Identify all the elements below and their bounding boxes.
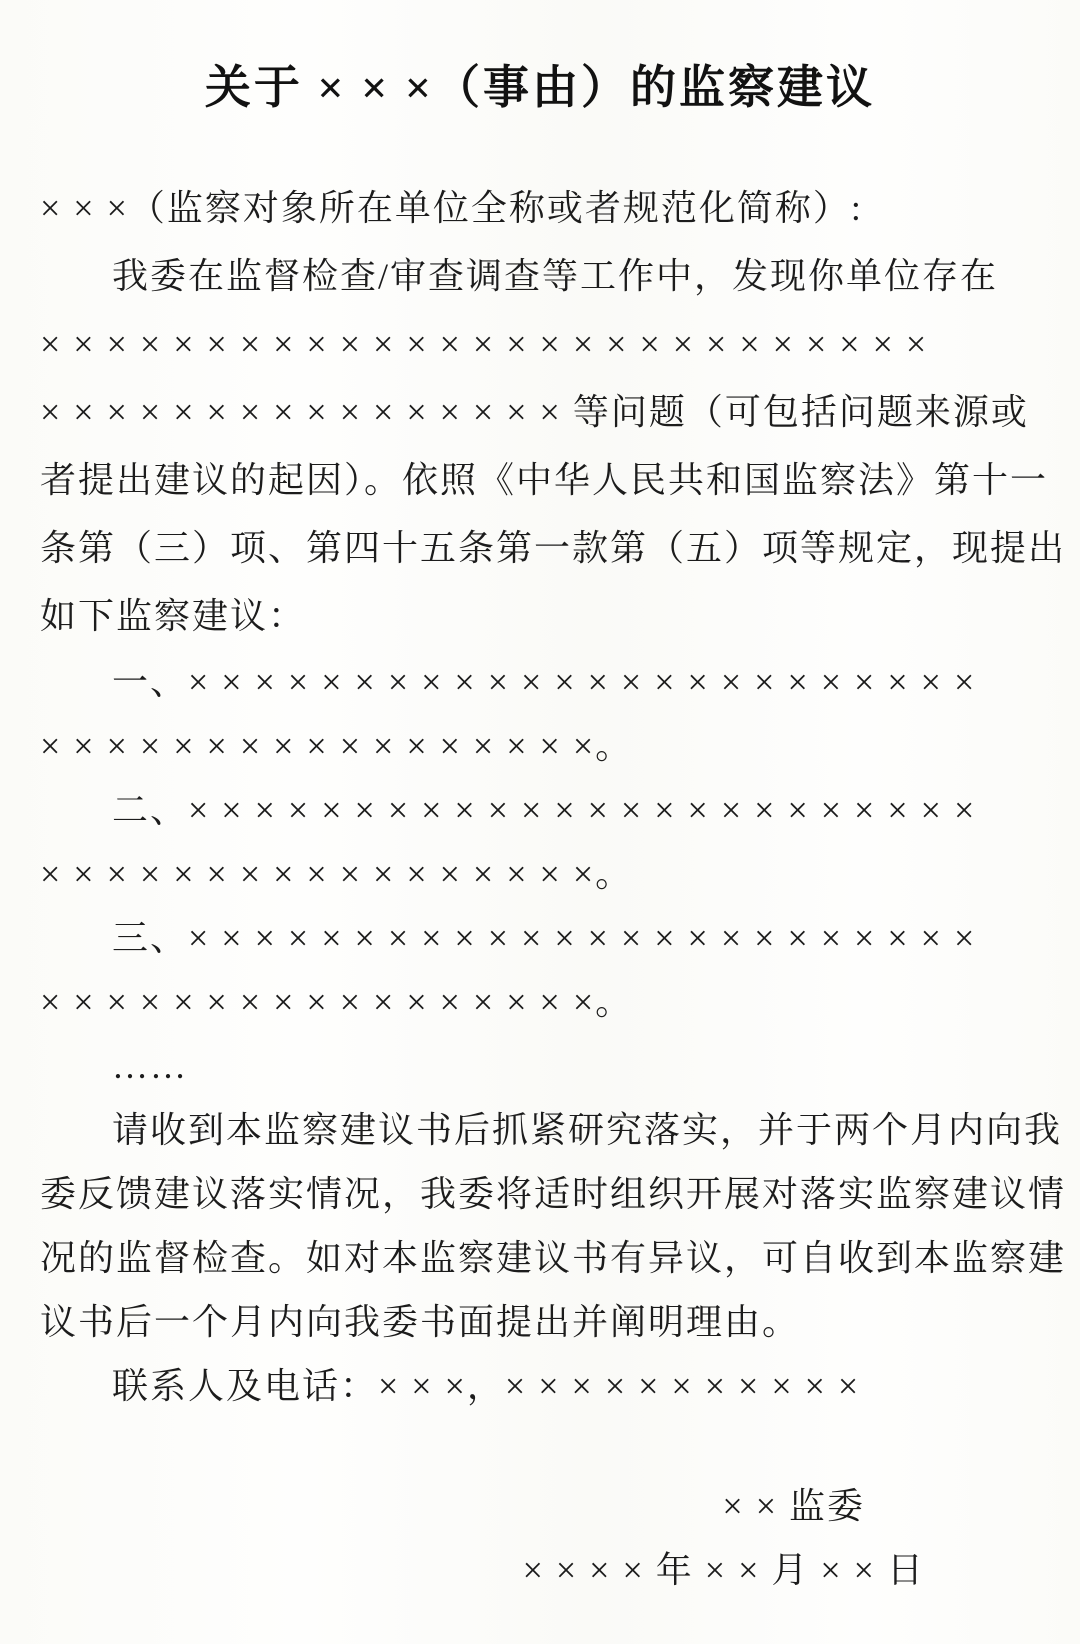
closing-line: 请收到本监察建议书后抓紧研究落实，并于两个月内向我 [40, 1098, 1040, 1162]
closing-line: 况的监督检查。如对本监察建议书有异议，可自收到本监察建 [40, 1226, 1040, 1290]
ellipsis-line: …… [40, 1034, 1040, 1098]
closing-line: 委反馈建议落实情况，我委将适时组织开展对落实监察建议情 [40, 1162, 1040, 1226]
intro-line: 我委在监督检查/审查调查等工作中，发现你单位存在 [40, 242, 1040, 310]
intro-line: 如下监察建议： [40, 582, 1040, 650]
item-1-line: 一、× × × × × × × × × × × × × × × × × × × … [40, 650, 1040, 714]
document-title: 关于 × × ×（事由）的监察建议 [40, 52, 1040, 124]
signature-block: × × 监委 × × × × 年 × × 月 × × 日 [40, 1474, 1040, 1602]
item-3-line: × × × × × × × × × × × × × × × × ×。 [40, 970, 1040, 1034]
contact-line: 联系人及电话：× × ×，× × × × × × × × × × × [40, 1354, 1040, 1418]
salutation-line: × × ×（监察对象所在单位全称或者规范化简称）: [40, 174, 1040, 242]
signature-date: × × × × 年 × × 月 × × 日 [40, 1538, 1040, 1602]
intro-section: × × ×（监察对象所在单位全称或者规范化简称）: 我委在监督检查/审查调查等工… [40, 174, 1040, 650]
closing-line: 议书后一个月内向我委书面提出并阐明理由。 [40, 1290, 1040, 1354]
closing-section: 请收到本监察建议书后抓紧研究落实，并于两个月内向我 委反馈建议落实情况，我委将适… [40, 1098, 1040, 1418]
signature-org: × × 监委 [40, 1474, 1040, 1538]
item-2-line: 二、× × × × × × × × × × × × × × × × × × × … [40, 778, 1040, 842]
item-1-line: × × × × × × × × × × × × × × × × ×。 [40, 714, 1040, 778]
intro-line: × × × × × × × × × × × × × × × × × × × × … [40, 310, 1040, 378]
intro-line: 者提出建议的起因）。依照《中华人民共和国监察法》第十一 [40, 446, 1040, 514]
item-3-line: 三、× × × × × × × × × × × × × × × × × × × … [40, 906, 1040, 970]
intro-line: 条第（三）项、第四十五条第一款第（五）项等规定，现提出 [40, 514, 1040, 582]
intro-line: × × × × × × × × × × × × × × × × 等问题（可包括问… [40, 378, 1040, 446]
item-2-line: × × × × × × × × × × × × × × × × ×。 [40, 842, 1040, 906]
document-page: 关于 × × ×（事由）的监察建议 × × ×（监察对象所在单位全称或者规范化简… [0, 0, 1080, 1644]
recommendation-items-section: 一、× × × × × × × × × × × × × × × × × × × … [40, 650, 1040, 1098]
